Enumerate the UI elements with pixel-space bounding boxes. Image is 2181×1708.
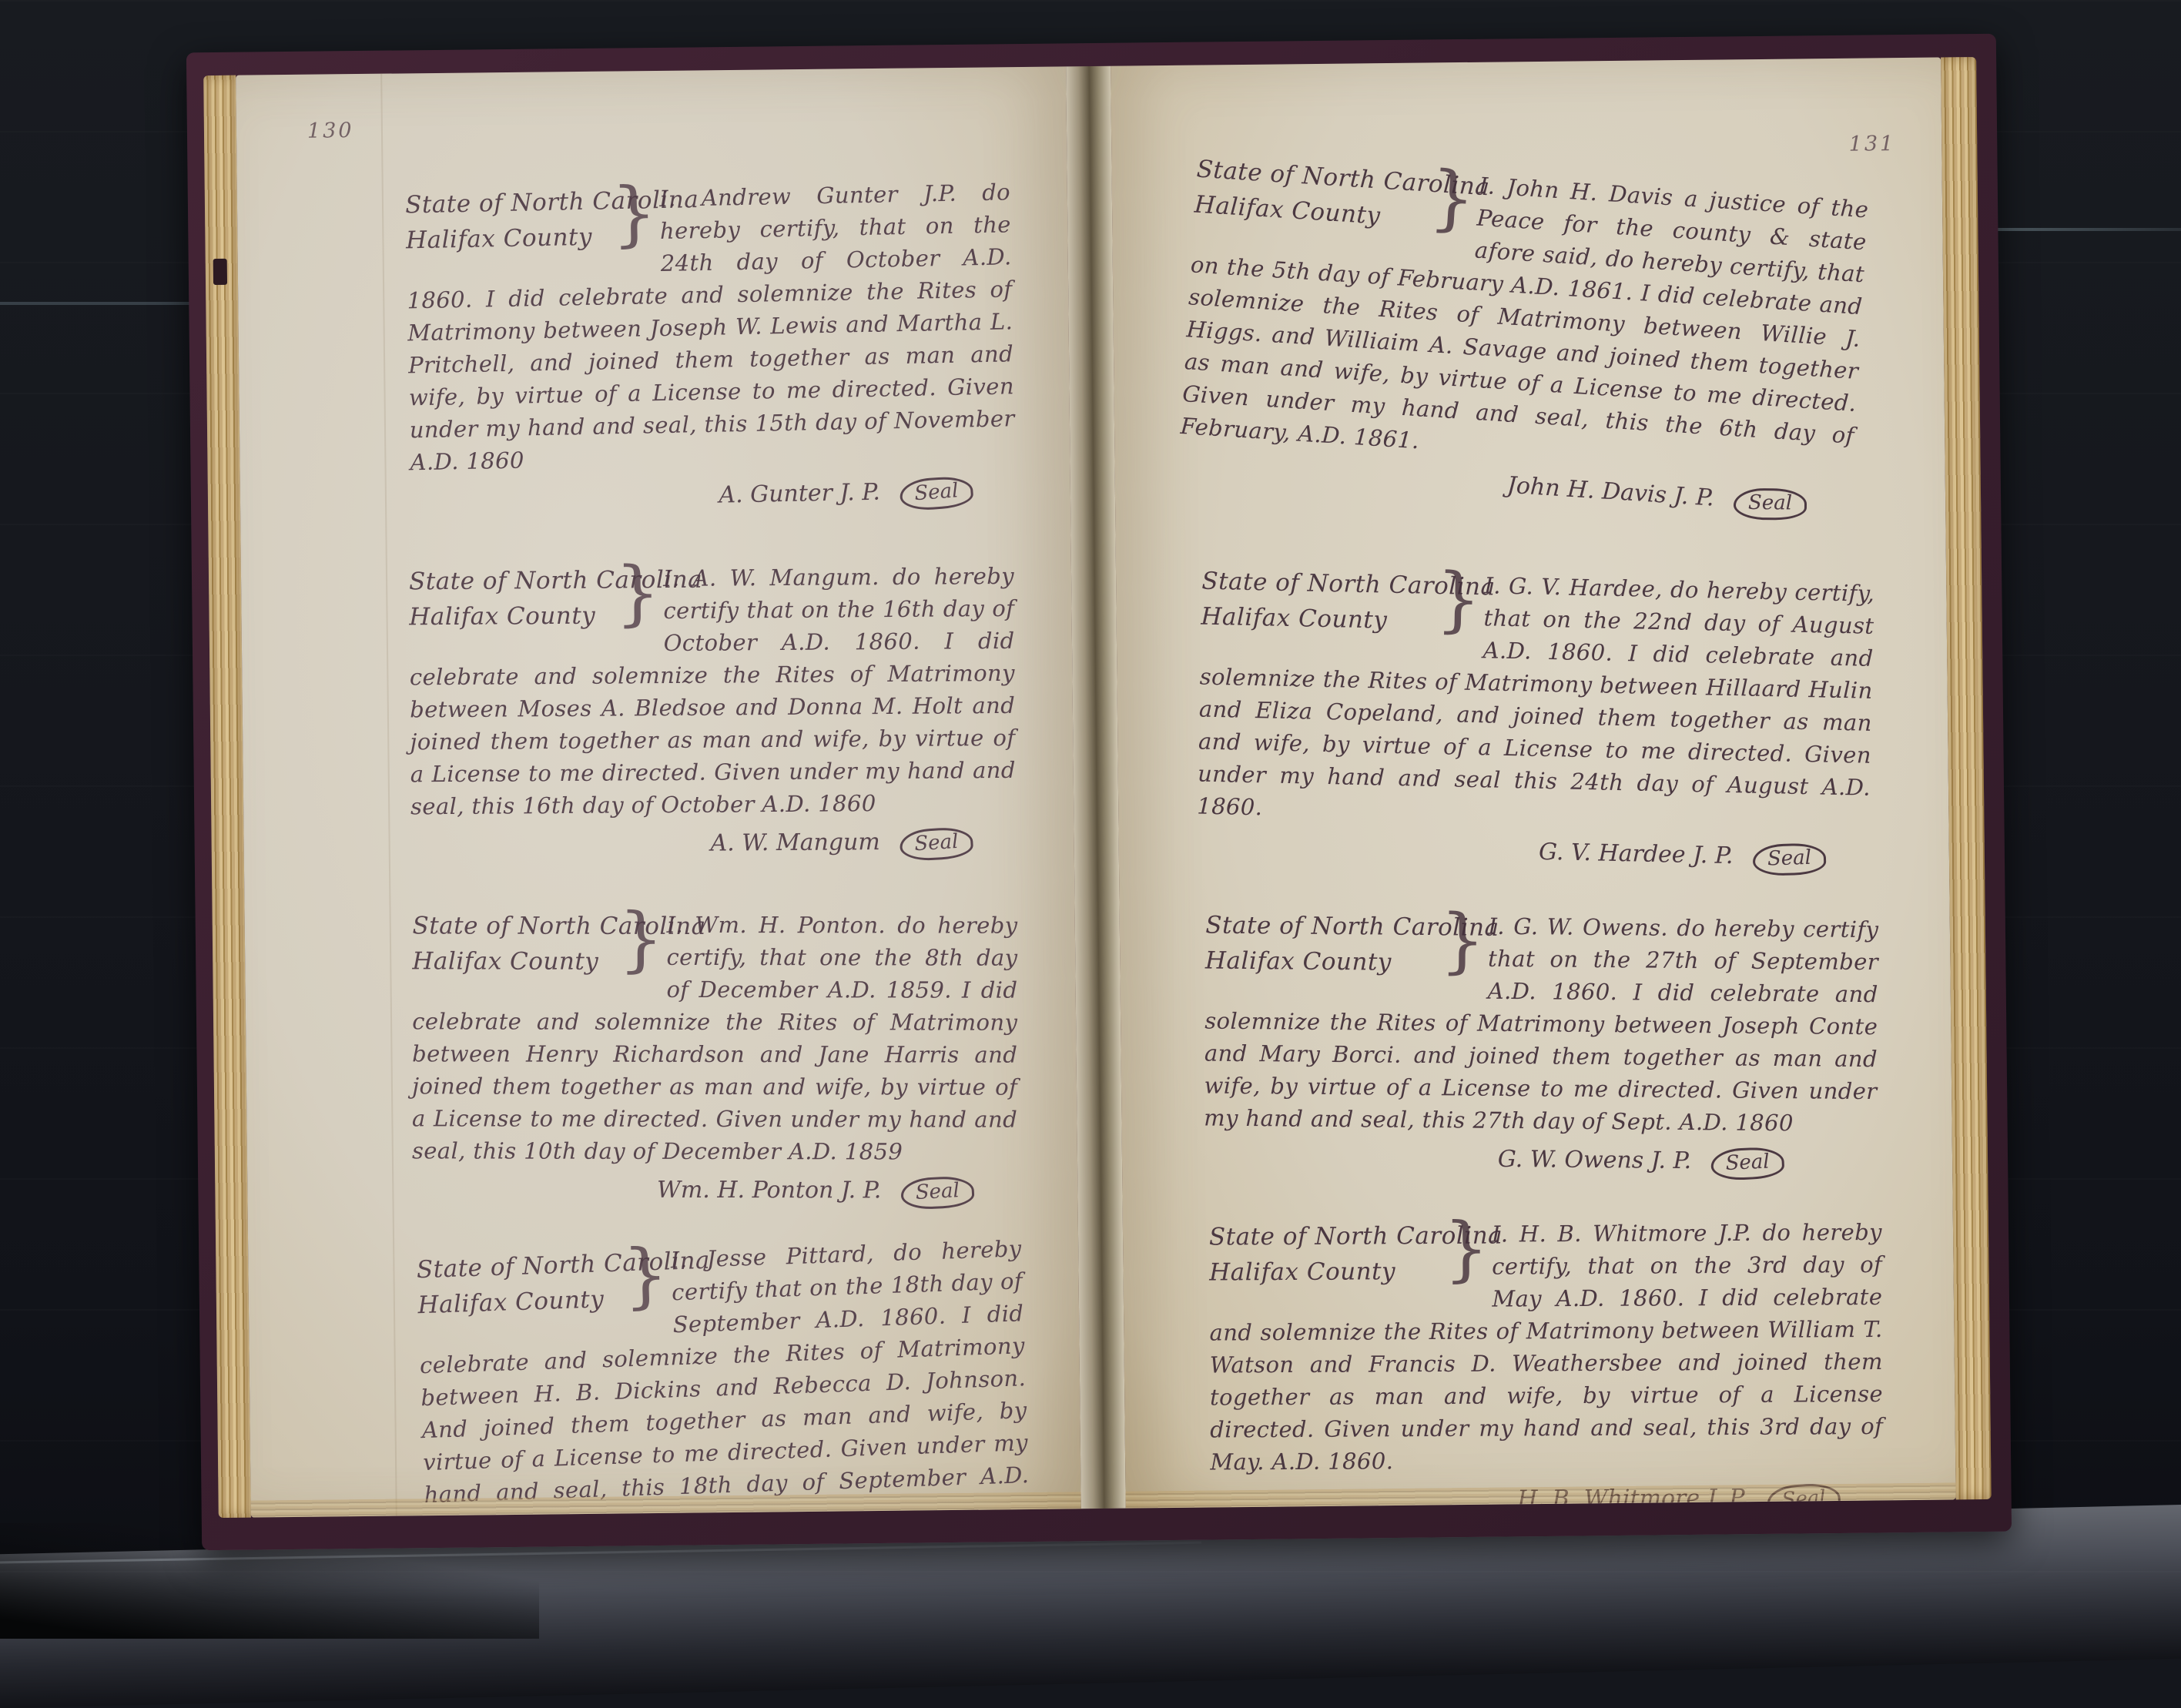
background-slat-line-right bbox=[1968, 228, 2181, 231]
signature: G. W. Owens J. P. bbox=[1498, 1146, 1692, 1174]
seal-stamp: Seal bbox=[1752, 842, 1826, 876]
state-line: State of North Carolina bbox=[412, 908, 631, 943]
record-header: State of North Carolina Halifax County } bbox=[409, 562, 664, 635]
signature: John H. Davis J. P. bbox=[1506, 472, 1715, 512]
record-header: State of North Carolina Halifax County } bbox=[412, 908, 666, 980]
county-line: Halifax County bbox=[412, 943, 631, 979]
county-line: Halifax County bbox=[409, 598, 628, 635]
signature-row: H. B. Whitmore J. P. Seal bbox=[1211, 1484, 1884, 1509]
brace-glyph: } bbox=[1436, 562, 1482, 637]
marriage-record: State of North Carolina Halifax County }… bbox=[1209, 1216, 1884, 1509]
brace-glyph: } bbox=[611, 176, 657, 251]
county-line: Halifax County bbox=[406, 219, 625, 258]
page-edge-notch bbox=[213, 259, 227, 285]
marriage-record: State of North Carolina Halifax County }… bbox=[1196, 564, 1875, 877]
seal-stamp: Seal bbox=[1767, 1482, 1841, 1509]
state-line: State of North Carolina bbox=[405, 183, 625, 223]
record-header: State of North Carolina Halifax County } bbox=[1209, 1218, 1493, 1291]
brace-glyph: } bbox=[1439, 903, 1485, 978]
brace-glyph: } bbox=[1428, 160, 1477, 236]
state-line: State of North Carolina bbox=[1205, 908, 1452, 946]
right-page: 131 State of North Carolina Halifax Coun… bbox=[1111, 58, 1956, 1509]
marriage-record: State of North Carolina Halifax County }… bbox=[416, 1232, 1034, 1517]
seal-stamp: Seal bbox=[899, 475, 974, 512]
record-header: State of North Carolina Halifax County } bbox=[405, 183, 661, 258]
brace-glyph: } bbox=[621, 1238, 669, 1314]
seal-stamp: Seal bbox=[1734, 488, 1807, 521]
marriage-record: State of North Carolina Halifax County }… bbox=[412, 908, 1018, 1208]
left-page: 130 State of North Carolina Halifax Coun… bbox=[236, 66, 1081, 1517]
signature: A. Gunter J. P. bbox=[719, 479, 880, 509]
signature-row: Wm. H. Ponton J. P. Seal bbox=[412, 1176, 1017, 1208]
marriage-record: State of North Carolina Halifax County }… bbox=[1177, 152, 1869, 525]
signature: A. W. Mangum bbox=[710, 829, 880, 857]
signature-row: A. W. Mangum Seal bbox=[410, 828, 1016, 863]
signature-row: A. Gunter J. P. Seal bbox=[410, 476, 1017, 519]
signature: H. B. Whitmore J. P. bbox=[1517, 1485, 1747, 1509]
brace-glyph: } bbox=[615, 556, 660, 630]
seal-stamp: Seal bbox=[1710, 1147, 1785, 1181]
signature: G. V. Hardee J. P. bbox=[1539, 839, 1734, 869]
record-book: 130 State of North Carolina Halifax Coun… bbox=[186, 34, 2012, 1551]
record-header: State of North Carolina Halifax County } bbox=[1201, 564, 1485, 641]
county-line: Halifax County bbox=[1201, 599, 1449, 640]
marriage-record: State of North Carolina Halifax County }… bbox=[409, 560, 1017, 863]
county-line: Halifax County bbox=[417, 1281, 637, 1323]
left-page-content: State of North Carolina Halifax County }… bbox=[236, 66, 1081, 1517]
state-line: State of North Carolina bbox=[409, 562, 628, 599]
brace-glyph: } bbox=[618, 903, 664, 976]
state-line: State of North Carolina bbox=[1209, 1218, 1456, 1255]
signature-row: G. W. Owens J. P. Seal bbox=[1204, 1144, 1877, 1181]
signature-row: G. V. Hardee J. P. Seal bbox=[1196, 832, 1870, 877]
record-header: State of North Carolina Halifax County } bbox=[416, 1244, 672, 1323]
state-line: State of North Carolina bbox=[1201, 564, 1449, 604]
record-header: State of North Carolina Halifax County } bbox=[1205, 908, 1489, 981]
marriage-record: State of North Carolina Halifax County }… bbox=[1204, 908, 1879, 1181]
signature: Wm. H. Ponton J. P. bbox=[657, 1177, 881, 1204]
county-line: Halifax County bbox=[1205, 943, 1452, 981]
seal-stamp: Seal bbox=[899, 826, 973, 862]
right-page-content: State of North Carolina Halifax County }… bbox=[1111, 58, 1956, 1509]
marriage-record: State of North Carolina Halifax County }… bbox=[405, 176, 1017, 519]
brace-glyph: } bbox=[1443, 1212, 1489, 1286]
seal-stamp: Seal bbox=[900, 1175, 975, 1211]
county-line: Halifax County bbox=[1209, 1254, 1456, 1291]
